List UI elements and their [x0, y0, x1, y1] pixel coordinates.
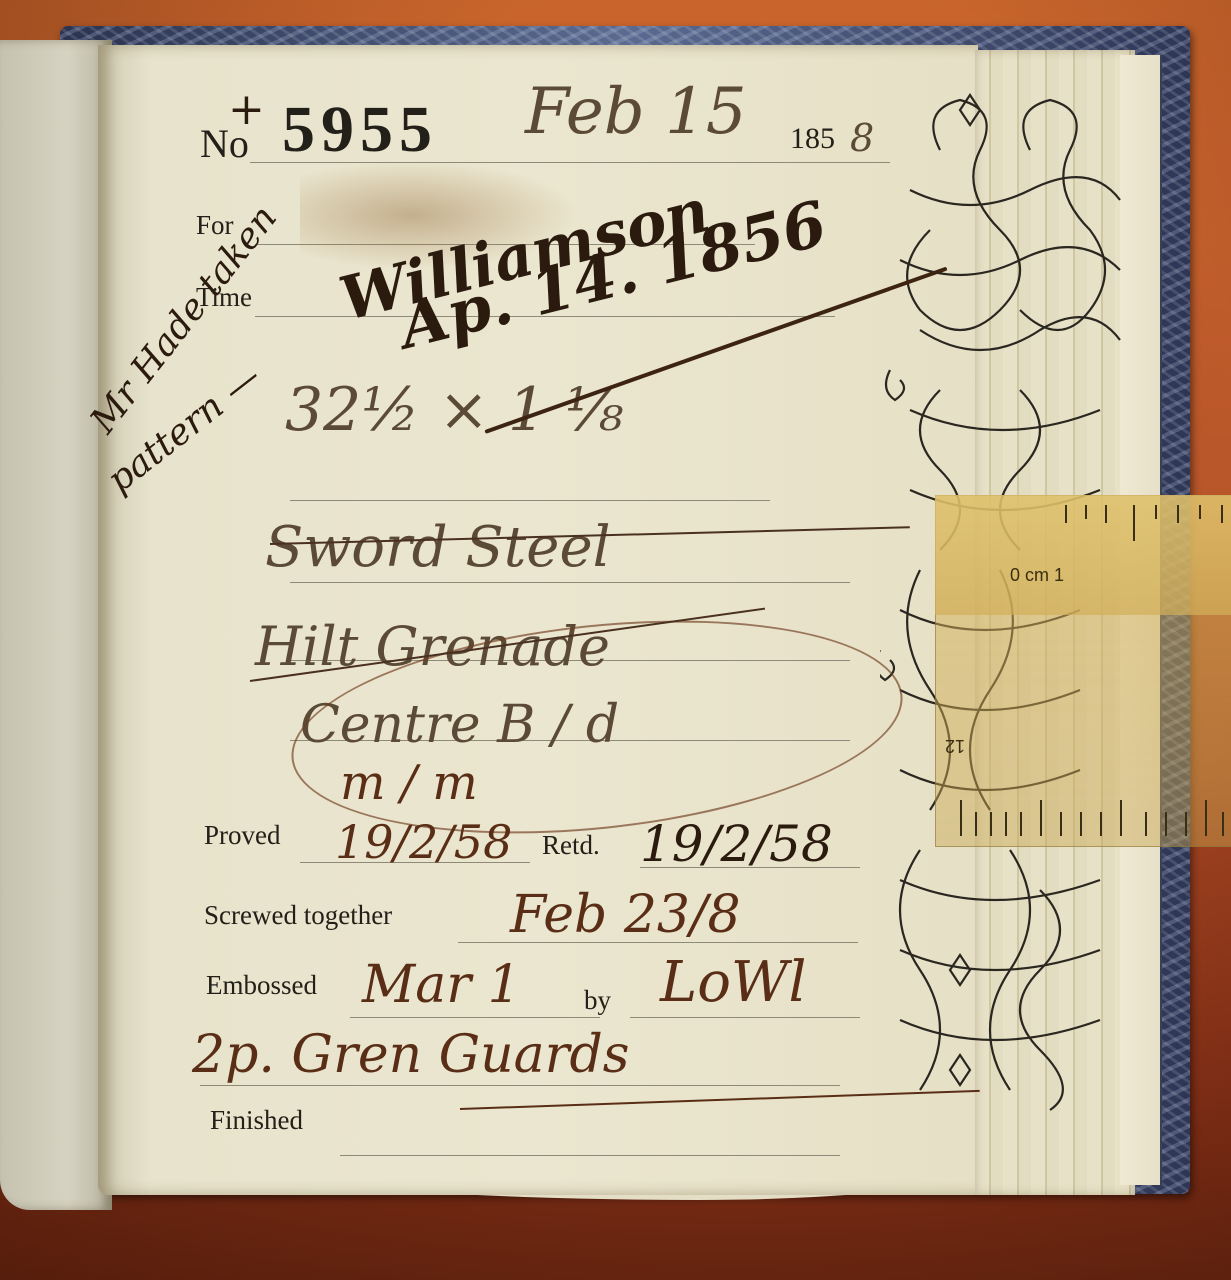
screwed-together-label: Screwed together: [204, 900, 392, 931]
year-prefix: 185: [790, 122, 835, 156]
embossed-rule: [350, 1017, 600, 1018]
ruler-label-top: 0 cm 1: [1010, 565, 1064, 586]
finished-label: Finished: [210, 1105, 303, 1136]
embossed-value: Mar 1: [362, 955, 521, 1015]
finished-rule: [340, 1155, 840, 1156]
proved-value: 19/2/58: [335, 815, 512, 869]
embossed-by-value: LoWl: [660, 950, 806, 1015]
handwritten-size: 32½ × 1 ⅛: [285, 375, 623, 445]
knotwork-top-icon: [886, 95, 1120, 550]
by-rule: [630, 1017, 860, 1018]
handwritten-year-suffix: 8: [850, 116, 874, 160]
extra-handwritten-line: 2p. Gren Guards: [192, 1025, 629, 1085]
cross-mark: +: [228, 84, 265, 135]
handwritten-line-1: Sword Steel: [265, 515, 611, 580]
line-rule-2: [290, 582, 850, 583]
retd-value: 19/2/58: [640, 815, 833, 873]
ruler-label-rotated: 12: [945, 735, 965, 756]
left-facing-page: [0, 40, 112, 1210]
retd-label: Retd.: [542, 830, 600, 861]
extra-rule: [200, 1085, 840, 1086]
proved-label: Proved: [204, 820, 281, 851]
by-label: by: [584, 985, 611, 1016]
entry-number: 5955: [282, 92, 438, 168]
handwritten-date: Feb 15: [525, 75, 747, 149]
ruler-upper-band: [935, 495, 1231, 615]
screwed-value: Feb 23/8: [510, 885, 741, 945]
embossed-label: Embossed: [206, 970, 317, 1001]
line-rule-1: [290, 500, 770, 501]
knotwork-bottom-icon: [900, 850, 1100, 1110]
